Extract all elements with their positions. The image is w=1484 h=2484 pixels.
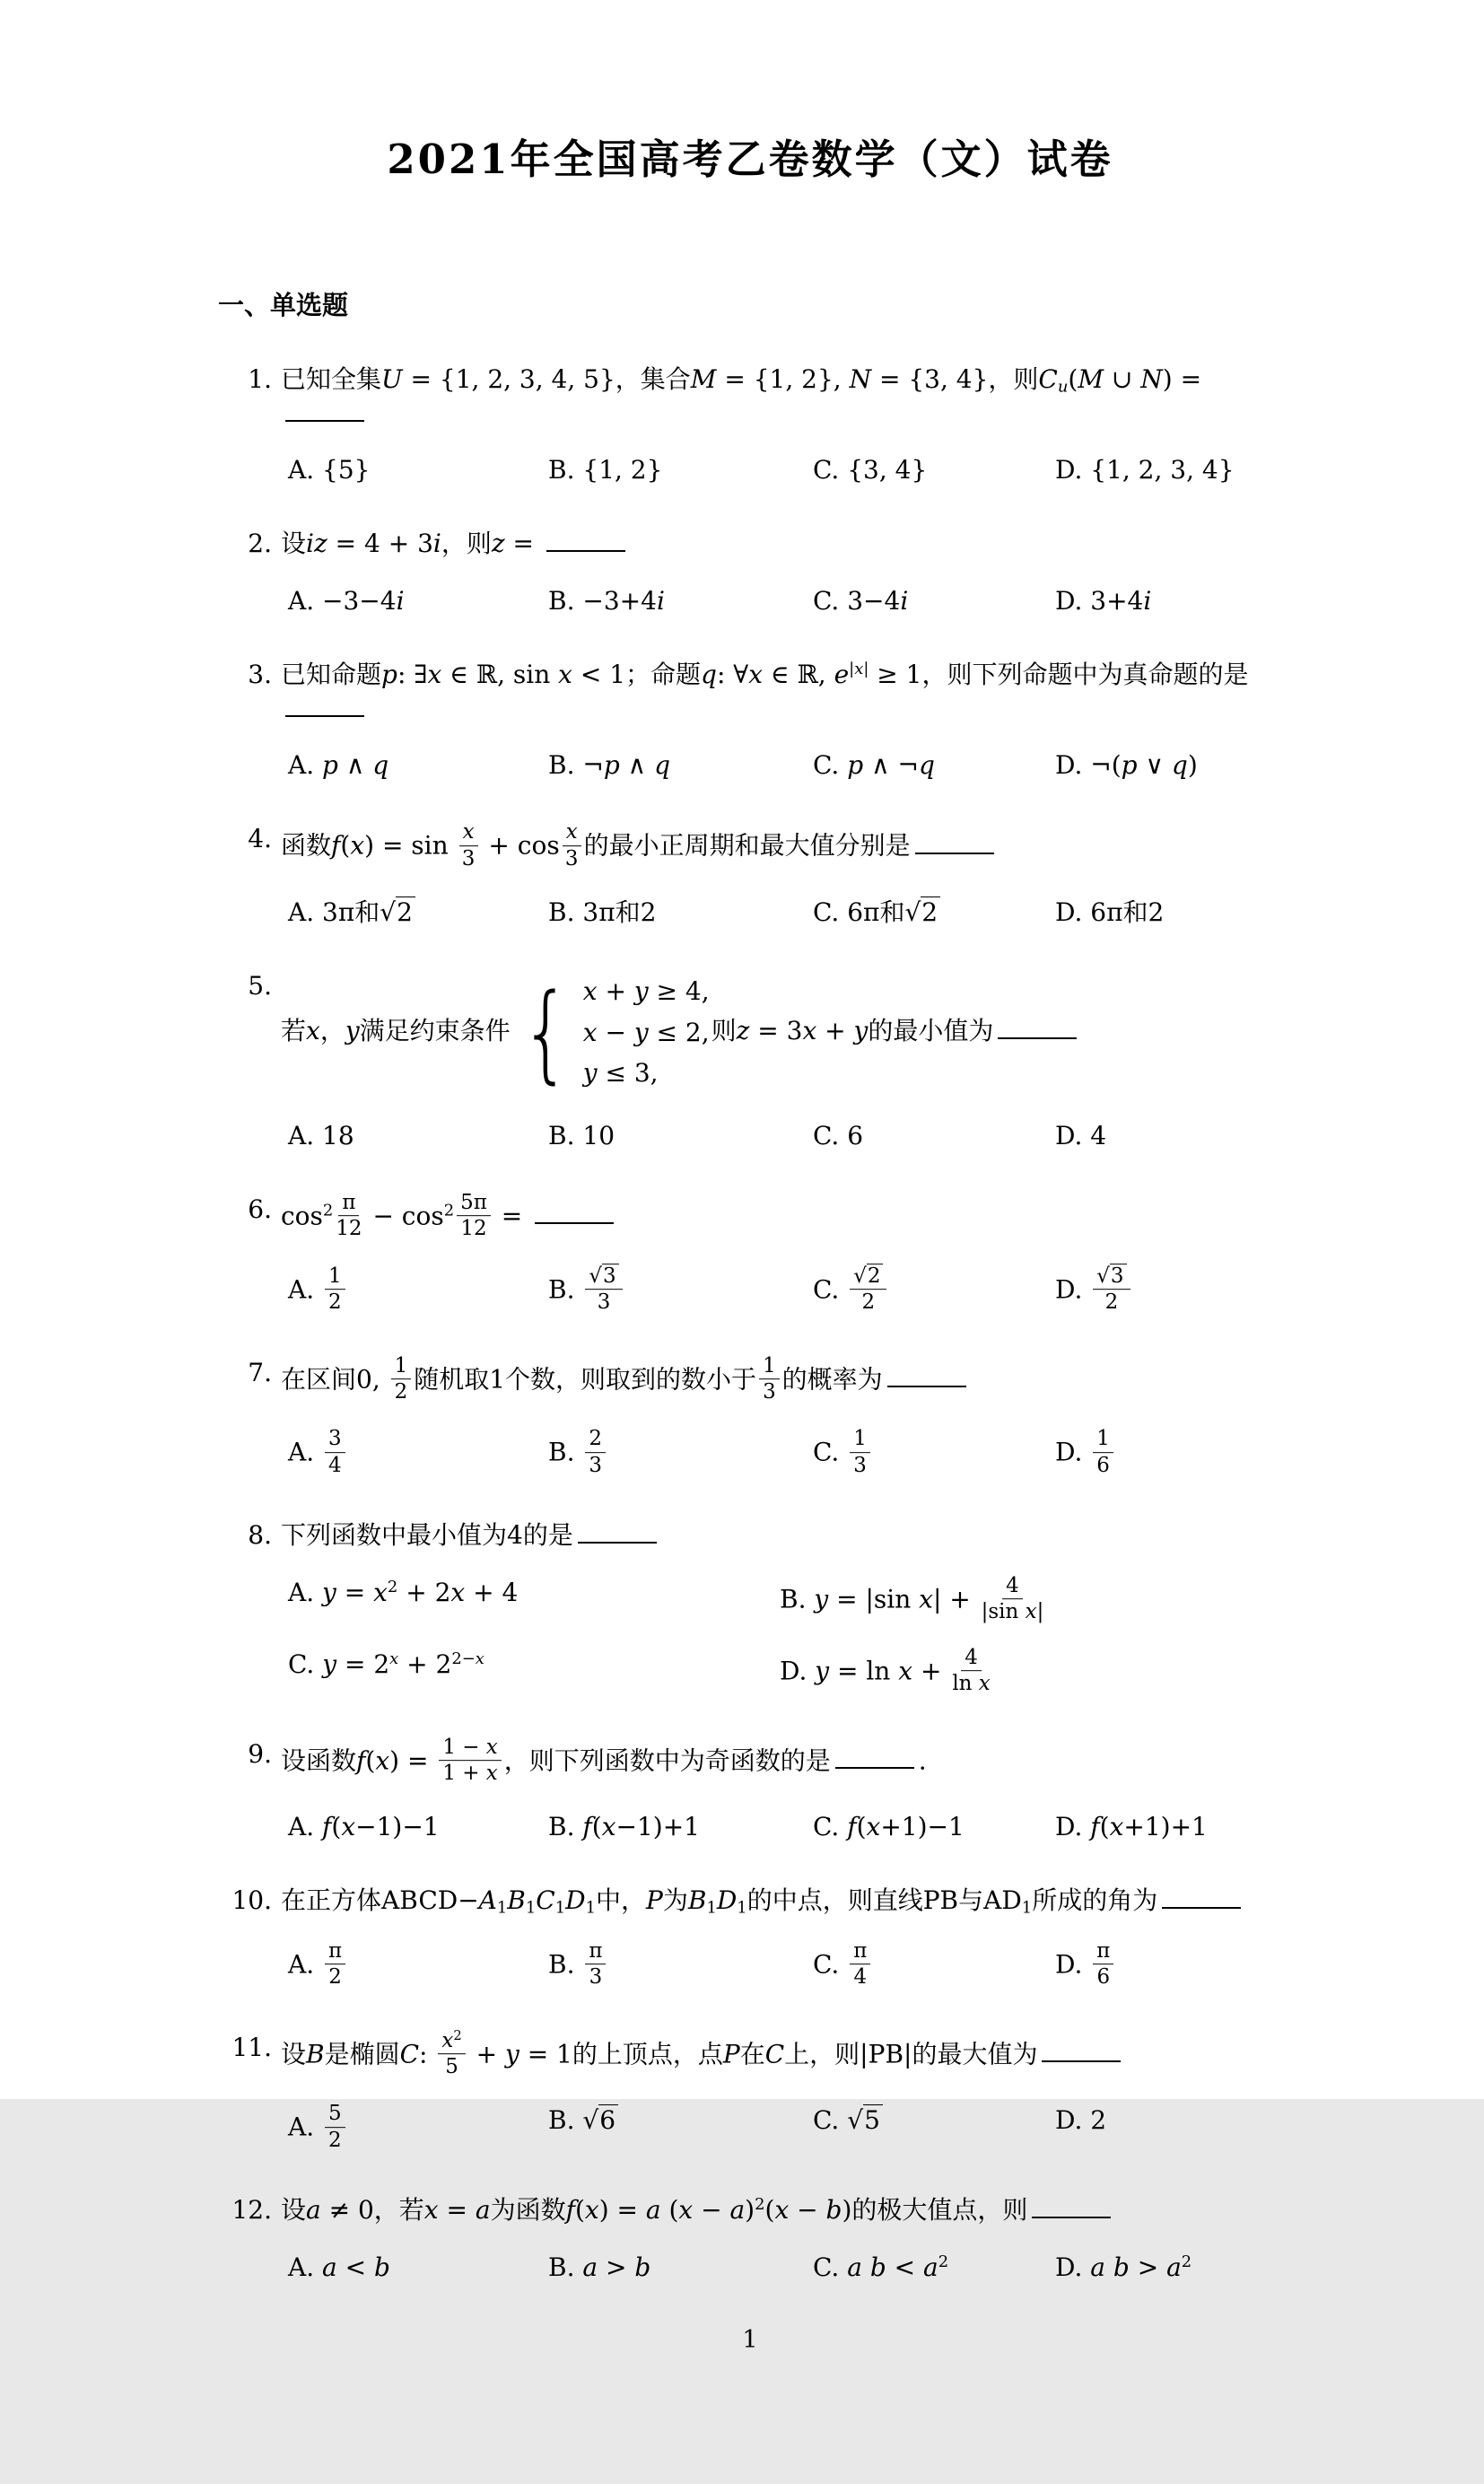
question: 3. 已知命题p: ∃x ∈ ℝ, sin x < 1；命题q: ∀x ∈ ℝ,…	[218, 658, 1282, 783]
question: 12. 设a ≠ 0，若x = a为函数f(x) = a (x − a)2(x …	[218, 2193, 1282, 2285]
options-row: A. f(x−1)−1B. f(x−1)+1C. f(x+1)−1D. f(x+…	[288, 1810, 1282, 1844]
question-number: 8.	[218, 1518, 281, 1552]
option: B. {1, 2}	[548, 453, 813, 487]
question: 1. 已知全集U = {1, 2, 3, 4, 5}，集合M = {1, 2},…	[218, 363, 1282, 487]
option: D. 4	[1055, 1119, 1282, 1153]
question: 5. 若x，y满足约束条件{x + y ≥ 4,x − y ≤ 2,y ≤ 3,…	[218, 969, 1282, 1153]
question: 8. 下列函数中最小值为4的是 A. y = x2 + 2x + 4B. y =…	[218, 1518, 1282, 1697]
answer-blank	[887, 1364, 966, 1387]
options-row: A. 52B. √6C. √5D. 2	[288, 2104, 1282, 2154]
option: C. p ∧ ¬q	[813, 748, 1055, 783]
question-stem: 函数f(x) = sin x3 + cosx3的最小正周期和最大值分别是	[281, 822, 1282, 872]
option: D. π6	[1055, 1941, 1282, 1991]
question: 10. 在正方体ABCD−A1B1C1D1中，P为B1D1的中点，则直线PB与A…	[218, 1884, 1282, 1991]
option: C. 6	[813, 1119, 1055, 1153]
option: A. f(x−1)−1	[288, 1810, 548, 1844]
option: A. π2	[288, 1941, 548, 1991]
question-stem-row: 6. cos2π12 − cos25π12 =	[218, 1193, 1282, 1243]
question-number: 9.	[218, 1737, 281, 1771]
question-stem-row: 1. 已知全集U = {1, 2, 3, 4, 5}，集合M = {1, 2},…	[218, 363, 1282, 431]
question-stem: 设iz = 4 + 3i，则z =	[281, 527, 1282, 561]
case-line: x + y ≥ 4,	[583, 975, 710, 1009]
question-number: 1.	[218, 363, 281, 397]
question-stem-row: 12. 设a ≠ 0，若x = a为函数f(x) = a (x − a)2(x …	[218, 2193, 1282, 2227]
option: D. f(x+1)+1	[1055, 1810, 1282, 1844]
option: B. y = |sin x| + 4|sin x|	[780, 1576, 1282, 1626]
option: D. ¬(p ∨ q)	[1055, 748, 1282, 783]
option: D. 16	[1055, 1429, 1282, 1479]
question: 9. 设函数f(x) = 1 − x1 + x，则下列函数中为奇函数的是. A.…	[218, 1737, 1282, 1845]
question-number: 7.	[218, 1356, 281, 1390]
answer-blank	[546, 529, 625, 552]
option: B. f(x−1)+1	[548, 1810, 813, 1844]
question-number: 6.	[218, 1193, 281, 1227]
question-stem: 在正方体ABCD−A1B1C1D1中，P为B1D1的中点，则直线PB与AD1所成…	[281, 1884, 1282, 1918]
question-stem-row: 7. 在区间0, 12随机取1个数，则取到的数小于13的概率为	[218, 1356, 1282, 1406]
options-row: A. −3−4iB. −3+4iC. 3−4iD. 3+4i	[288, 584, 1282, 618]
options-row: A. 12B. √33C. √22D. √32	[288, 1266, 1282, 1316]
question-stem: 若x，y满足约束条件{x + y ≥ 4,x − y ≤ 2,y ≤ 3,则z …	[281, 969, 1282, 1096]
option: A. 18	[288, 1119, 548, 1153]
options-row: A. 34B. 23C. 13D. 16	[288, 1429, 1282, 1479]
question-number: 12.	[218, 2193, 281, 2227]
question-list: 1. 已知全集U = {1, 2, 3, 4, 5}，集合M = {1, 2},…	[218, 363, 1282, 2324]
option: B. 10	[548, 1119, 813, 1153]
case-line: x − y ≤ 2,	[583, 1016, 710, 1050]
option: B. a > b	[548, 2251, 813, 2285]
options-row: A. y = x2 + 2x + 4B. y = |sin x| + 4|sin…	[288, 1576, 1282, 1698]
question: 4. 函数f(x) = sin x3 + cosx3的最小正周期和最大值分别是 …	[218, 822, 1282, 930]
question-stem-row: 4. 函数f(x) = sin x3 + cosx3的最小正周期和最大值分别是	[218, 822, 1282, 872]
options-row: A. p ∧ qB. ¬p ∧ qC. p ∧ ¬qD. ¬(p ∨ q)	[288, 748, 1282, 783]
option: D. y = ln x + 4ln x	[780, 1648, 1282, 1698]
option: B. ¬p ∧ q	[548, 748, 813, 783]
question-stem-row: 3. 已知命题p: ∃x ∈ ℝ, sin x < 1；命题q: ∀x ∈ ℝ,…	[218, 658, 1282, 726]
option: B. √33	[548, 1266, 813, 1316]
option: A. y = x2 + 2x + 4	[288, 1576, 780, 1610]
question-stem: 设B是椭圆C: x25 + y = 1的上顶点，点P在C上，则|PB|的最大值为	[281, 2031, 1282, 2081]
answer-blank	[285, 398, 364, 422]
options-row: A. {5}B. {1, 2}C. {3, 4}D. {1, 2, 3, 4}	[288, 453, 1282, 487]
answer-blank	[535, 1202, 614, 1225]
option: C. 3−4i	[813, 584, 1055, 618]
question-stem-row: 2. 设iz = 4 + 3i，则z =	[218, 527, 1282, 561]
option: D. a b > a2	[1055, 2251, 1282, 2285]
question-number: 5.	[218, 969, 281, 1003]
option: D. 6π和2	[1055, 896, 1282, 930]
options-row: A. π2B. π3C. π4D. π6	[288, 1941, 1282, 1991]
section-heading: 一、单选题	[218, 288, 1282, 323]
question-stem-row: 9. 设函数f(x) = 1 − x1 + x，则下列函数中为奇函数的是.	[218, 1737, 1282, 1788]
options-row: A. 18B. 10C. 6D. 4	[288, 1119, 1282, 1153]
option: A. 52	[288, 2104, 548, 2154]
question-number: 3.	[218, 658, 281, 692]
question-number: 2.	[218, 527, 281, 561]
option: C. π4	[813, 1941, 1055, 1991]
answer-blank	[915, 831, 994, 854]
option: B. √6	[548, 2104, 813, 2138]
option: B. 23	[548, 1429, 813, 1479]
exam-page: 2021年全国高考乙卷数学（文）试卷 一、单选题 1. 已知全集U = {1, …	[0, 0, 1484, 2099]
option: C. 6π和√2	[813, 896, 1055, 930]
answer-blank	[835, 1745, 914, 1769]
question: 7. 在区间0, 12随机取1个数，则取到的数小于13的概率为 A. 34B. …	[218, 1356, 1282, 1480]
option: A. {5}	[288, 453, 548, 487]
page-title: 2021年全国高考乙卷数学（文）试卷	[218, 133, 1282, 188]
question-stem: 已知命题p: ∃x ∈ ℝ, sin x < 1；命题q: ∀x ∈ ℝ, e|…	[281, 658, 1282, 726]
left-brace: {	[520, 984, 571, 1081]
page-number: 1	[218, 2324, 1282, 2484]
question-number: 10.	[218, 1884, 281, 1918]
option: D. {1, 2, 3, 4}	[1055, 453, 1282, 487]
question-stem: 设a ≠ 0，若x = a为函数f(x) = a (x − a)2(x − b)…	[281, 2193, 1282, 2227]
question-stem: 设函数f(x) = 1 − x1 + x，则下列函数中为奇函数的是.	[281, 1737, 1282, 1788]
question: 2. 设iz = 4 + 3i，则z = A. −3−4iB. −3+4iC. …	[218, 527, 1282, 618]
option: D. 2	[1055, 2104, 1282, 2138]
answer-blank	[1032, 2195, 1111, 2218]
case-line: y ≤ 3,	[583, 1056, 710, 1090]
option: C. √5	[813, 2104, 1055, 2138]
option: D. √32	[1055, 1266, 1282, 1316]
option: A. a < b	[288, 2251, 548, 2285]
options-row: A. a < bB. a > bC. a b < a2D. a b > a2	[288, 2251, 1282, 2285]
question-stem: 在区间0, 12随机取1个数，则取到的数小于13的概率为	[281, 1356, 1282, 1406]
option: C. y = 2x + 22−x	[288, 1648, 780, 1682]
answer-blank	[1042, 2039, 1121, 2062]
question-stem: 下列函数中最小值为4的是	[281, 1518, 1282, 1552]
option: C. f(x+1)−1	[813, 1810, 1055, 1844]
options-row: A. 3π和√2B. 3π和2C. 6π和√2D. 6π和2	[288, 896, 1282, 930]
question-number: 4.	[218, 822, 281, 856]
option: A. 34	[288, 1429, 548, 1479]
question-stem: 已知全集U = {1, 2, 3, 4, 5}，集合M = {1, 2}, N …	[281, 363, 1282, 431]
option: D. 3+4i	[1055, 584, 1282, 618]
question-stem-row: 11. 设B是椭圆C: x25 + y = 1的上顶点，点P在C上，则|PB|的…	[218, 2031, 1282, 2081]
answer-blank	[998, 1016, 1077, 1039]
option: B. π3	[548, 1941, 813, 1991]
option: B. 3π和2	[548, 896, 813, 930]
option: B. −3+4i	[548, 584, 813, 618]
question-stem-row: 10. 在正方体ABCD−A1B1C1D1中，P为B1D1的中点，则直线PB与A…	[218, 1884, 1282, 1918]
answer-blank	[1162, 1885, 1241, 1909]
constraint-cases: {x + y ≥ 4,x − y ≤ 2,y ≤ 3,	[512, 975, 710, 1090]
question: 11. 设B是椭圆C: x25 + y = 1的上顶点，点P在C上，则|PB|的…	[218, 2031, 1282, 2155]
option: A. −3−4i	[288, 584, 548, 618]
option: A. p ∧ q	[288, 748, 548, 783]
option: C. {3, 4}	[813, 453, 1055, 487]
option: A. 3π和√2	[288, 896, 548, 930]
question-stem: cos2π12 − cos25π12 =	[281, 1193, 1282, 1243]
option: C. √22	[813, 1266, 1055, 1316]
option: A. 12	[288, 1266, 548, 1316]
option: C. 13	[813, 1429, 1055, 1479]
question: 6. cos2π12 − cos25π12 = A. 12B. √33C. √2…	[218, 1193, 1282, 1316]
question-stem-row: 5. 若x，y满足约束条件{x + y ≥ 4,x − y ≤ 2,y ≤ 3,…	[218, 969, 1282, 1096]
answer-blank	[578, 1520, 657, 1544]
option: C. a b < a2	[813, 2251, 1055, 2285]
question-number: 11.	[218, 2031, 281, 2065]
question-stem-row: 8. 下列函数中最小值为4的是	[218, 1518, 1282, 1552]
answer-blank	[285, 694, 364, 717]
